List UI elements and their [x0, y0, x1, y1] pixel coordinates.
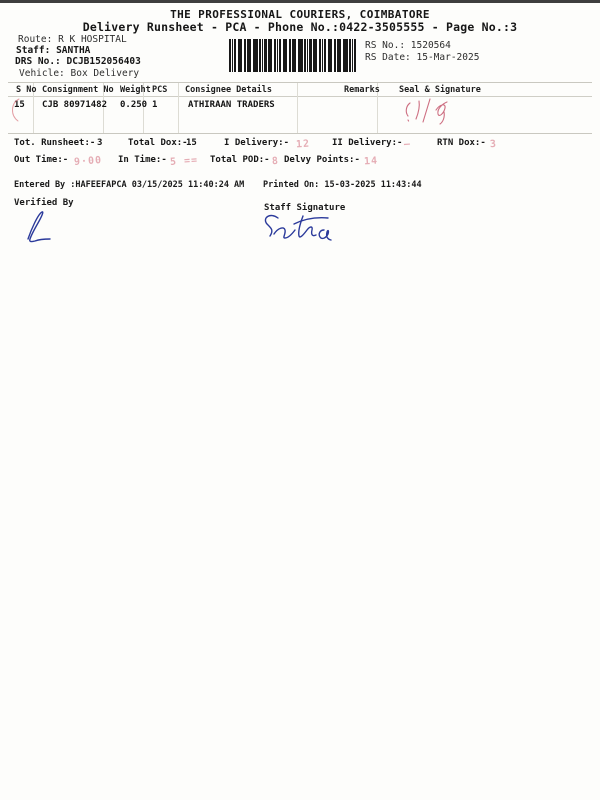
- staff-signature-handwriting: [258, 210, 343, 248]
- col-header-sno: S No: [16, 85, 36, 95]
- entered-by-text: Entered By :HAFEEFAPCA 03/15/2025 11:40:…: [14, 180, 244, 190]
- total-dox-label: Total Dox:-: [128, 138, 188, 148]
- ii-delivery-label: II Delivery:-: [332, 138, 402, 148]
- rs-date-value: 15-Mar-2025: [417, 52, 480, 63]
- ii-delivery-handwritten: —: [404, 139, 412, 150]
- table-col-divider: [297, 83, 298, 133]
- route-row: Route: R K HOSPITAL: [18, 34, 127, 45]
- vehicle-label: Vehicle:: [19, 68, 65, 79]
- delvy-points-handwritten: 14: [364, 156, 379, 168]
- vehicle-value: Box Delivery: [71, 68, 140, 79]
- col-header-remarks: Remarks: [344, 85, 380, 95]
- rtn-dox-label: RTN Dox:-: [437, 138, 486, 148]
- barcode-icon: [229, 39, 356, 72]
- vehicle-row: Vehicle: Box Delivery: [19, 68, 139, 79]
- staff-row: Staff: SANTHA: [16, 45, 90, 56]
- rs-no-row: RS No.: 1520564: [365, 40, 451, 51]
- rs-date-row: RS Date: 15-Mar-2025: [365, 52, 479, 63]
- out-time-label: Out Time:-: [14, 155, 68, 165]
- table-top-border: [8, 82, 592, 83]
- staff-label: Staff:: [16, 45, 50, 56]
- col-header-weight: Weight: [120, 85, 151, 95]
- col-header-consignee: Consignee Details: [185, 85, 272, 95]
- col-header-consignment: Consignment No: [42, 85, 114, 95]
- seal-signature-scribble: [400, 96, 460, 131]
- drs-label: DRS No.:: [15, 56, 61, 67]
- cell-pcs: 1: [152, 100, 157, 110]
- table-col-divider: [178, 83, 179, 133]
- rtn-dox-handwritten: 3: [490, 139, 498, 150]
- total-dox-value: 15: [186, 138, 197, 148]
- delvy-points-label: Delvy Points:-: [284, 155, 360, 165]
- rs-no-value: 1520564: [411, 40, 451, 51]
- route-value: R K HOSPITAL: [58, 34, 127, 45]
- route-label: Route:: [18, 34, 52, 45]
- col-header-seal: Seal & Signature: [399, 85, 481, 95]
- in-time-handwritten: 5 ==: [170, 155, 199, 168]
- verified-by-signature: [18, 206, 63, 246]
- rs-no-label: RS No.:: [365, 40, 405, 51]
- in-time-label: In Time:-: [118, 155, 167, 165]
- table-header-underline: [8, 96, 592, 97]
- rs-date-label: RS Date:: [365, 52, 411, 63]
- page-subtitle: Delivery Runsheet - PCA - Phone No.:0422…: [0, 20, 600, 34]
- scan-edge-artifact: [0, 0, 600, 3]
- i-delivery-label: I Delivery:-: [224, 138, 289, 148]
- table-bottom-border: [8, 133, 592, 134]
- red-pen-circle-mark: [8, 97, 22, 123]
- printed-on-text: Printed On: 15-03-2025 11:43:44: [263, 180, 422, 190]
- tot-runsheet-value: 3: [97, 138, 102, 148]
- scanned-delivery-runsheet: THE PROFESSIONAL COURIERS, COIMBATORE De…: [0, 0, 600, 800]
- col-header-pcs: PCS: [152, 85, 167, 95]
- drs-value: DCJB152056403: [67, 56, 141, 67]
- cell-weight: 0.250: [120, 100, 147, 110]
- i-delivery-handwritten: 12: [296, 139, 311, 151]
- out-time-handwritten: 9·00: [74, 155, 103, 168]
- total-pod-label: Total POD:-: [210, 155, 270, 165]
- total-pod-handwritten: 8: [272, 156, 280, 167]
- cell-consignee: ATHIRAAN TRADERS: [188, 100, 275, 110]
- drs-row: DRS No.: DCJB152056403: [15, 56, 141, 67]
- cell-consignment: CJB 80971482: [42, 100, 107, 110]
- staff-value: SANTHA: [56, 45, 90, 56]
- tot-runsheet-label: Tot. Runsheet:-: [14, 138, 95, 148]
